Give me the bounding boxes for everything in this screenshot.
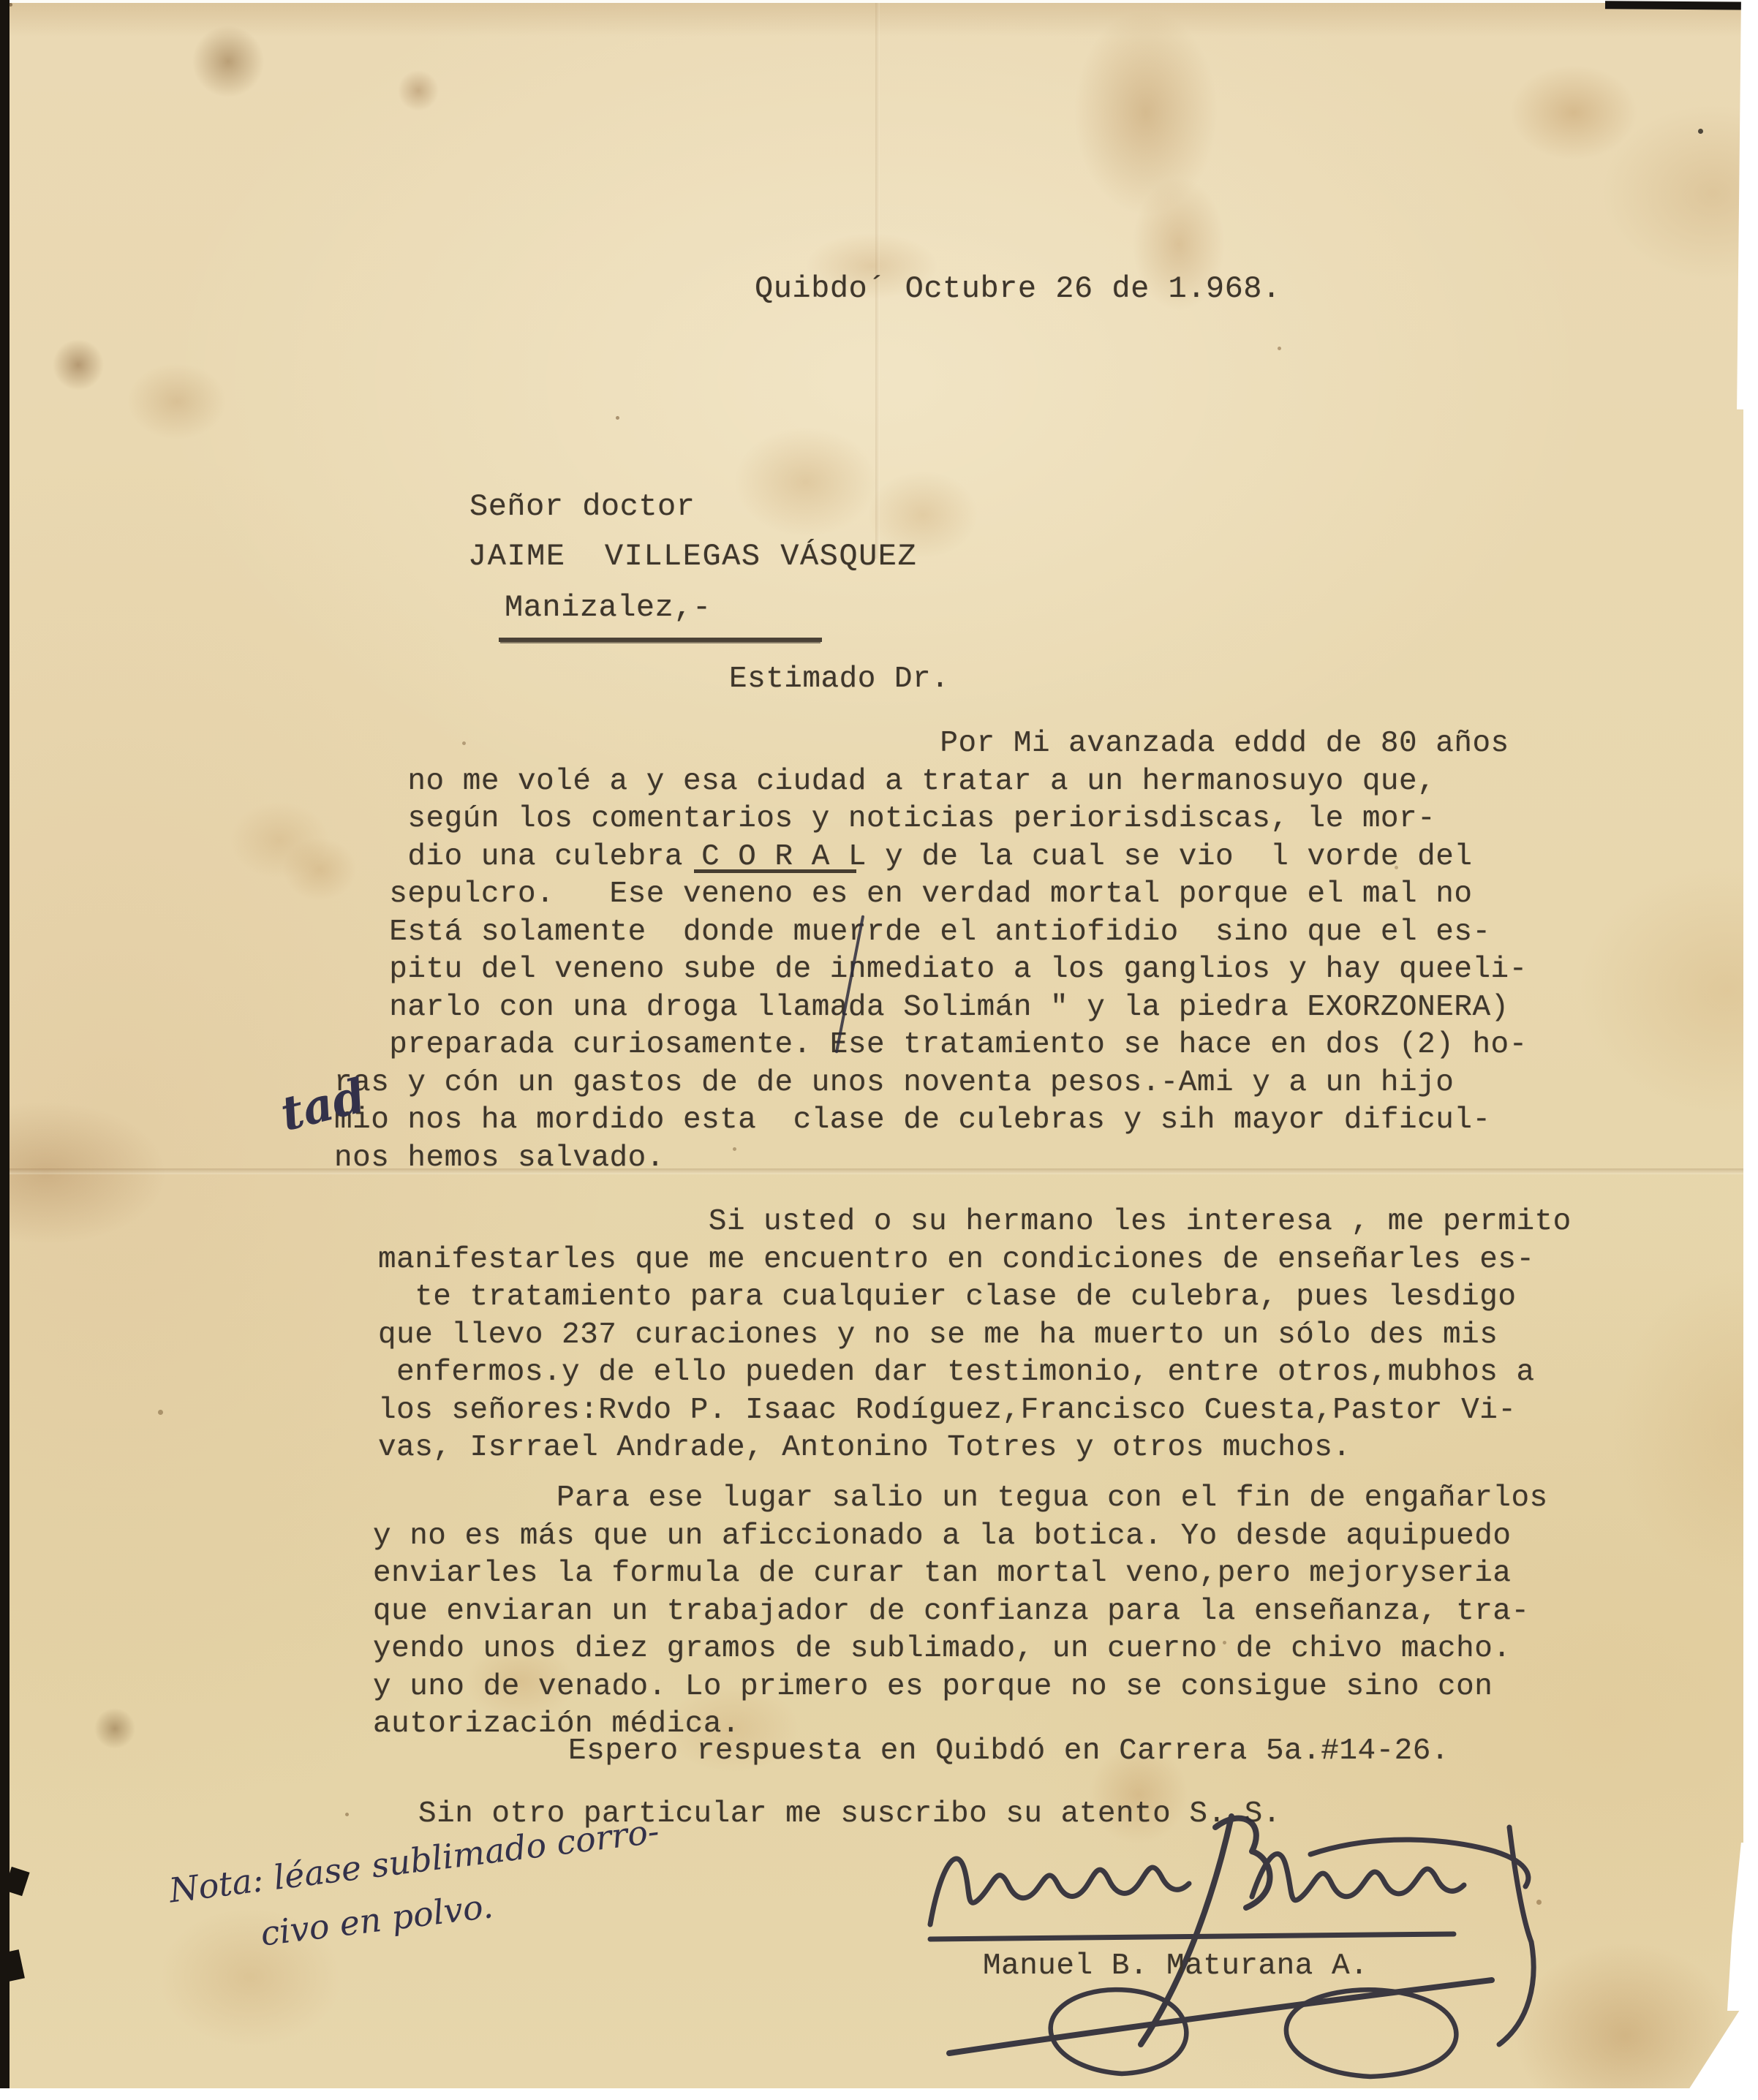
paragraph-3: Para ese lugar salio un tegua con el fin…: [373, 1480, 1548, 1744]
coral-underline: [694, 869, 856, 873]
date-line: Quibdo´ Octubre 26 de 1.968.: [755, 271, 1281, 309]
recipient-salutation: Señor doctor: [469, 488, 695, 526]
recipient-name: JAIME VILLEGAS VÁSQUEZ: [468, 538, 917, 576]
paragraph-1: Por Mi avanzada eddd de 80 años no me vo…: [334, 725, 1528, 1177]
paper-speckles: [9, 3, 12, 7]
recipient-city: Manizalez,-: [505, 589, 712, 627]
paper-sheet: Quibdo´ Octubre 26 de 1.968. Señor docto…: [9, 3, 1746, 2091]
typed-signature-name: Manuel B. Maturana A.: [983, 1948, 1368, 1986]
paragraph-2: Si usted o su hermano les interesa , me …: [378, 1204, 1572, 1468]
letter-scan-page: Quibdo´ Octubre 26 de 1.968. Señor docto…: [0, 0, 1758, 2100]
closing-line-address: Espero respuesta en Quibdó en Carrera 5a…: [568, 1733, 1449, 1771]
greeting: Estimado Dr.: [729, 661, 949, 699]
recipient-city-underline: [499, 638, 822, 642]
handwritten-signature: [872, 1787, 1603, 2100]
